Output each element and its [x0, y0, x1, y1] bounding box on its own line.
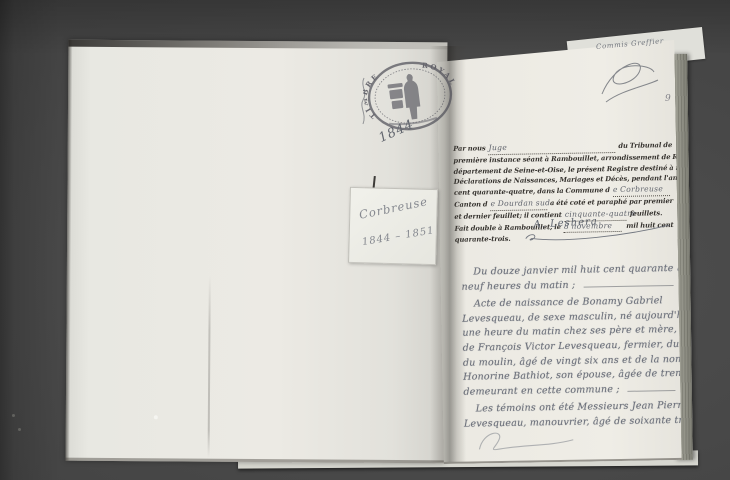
act-text: neuf heures du matin ; — [461, 278, 575, 295]
archival-label-slip: Corbreuse 1844 – 1851 — [348, 187, 438, 265]
printed-text: Canton d — [454, 199, 488, 210]
printed-text: a été coté et paraphé par premier — [550, 196, 673, 209]
judge-signature: A. Leshera — [519, 216, 679, 245]
printed-text: Par nous — [453, 143, 486, 154]
handwritten-fill: Juge — [489, 143, 508, 152]
printed-text: quarante-trois. — [455, 234, 511, 246]
slip-commune-text: Corbreuse — [358, 194, 429, 222]
manuscript-birth-act: Du douze janvier mil huit cent quarante … — [461, 262, 678, 432]
act-line: demeurant en cette commune ; — [463, 382, 677, 400]
act-text: demeurant en cette commune ; — [463, 383, 620, 400]
act-line: neuf heures du matin ; — [461, 277, 675, 295]
background-speck — [12, 414, 15, 417]
printed-text: du Tribunal de — [618, 140, 672, 152]
paper-speck — [154, 415, 158, 419]
fill-in-blank: Juge — [489, 141, 616, 155]
left-page-crease — [208, 276, 211, 458]
rule-line — [583, 285, 673, 288]
clerk-paraph-flourish — [592, 50, 670, 112]
background-speck — [18, 428, 21, 431]
slip-years-text: 1844 – 1851 — [361, 225, 435, 248]
register-scan-photo: Par nous Juge du Tribunal de première in… — [0, 0, 730, 480]
handwritten-fill: e Corbreuse — [613, 184, 663, 194]
left-page-left-edge — [66, 40, 73, 461]
page-edge-number: 9 — [665, 94, 671, 104]
rule-line — [628, 390, 676, 392]
signature-flourish — [519, 216, 679, 245]
faint-signature-mark — [469, 424, 590, 460]
left-page-dark-top-edge — [68, 40, 447, 50]
fill-in-blank: e Dourdan sud — [490, 198, 547, 211]
fill-in-blank: e Corbreuse — [613, 184, 670, 197]
gutter-ink-squiggle — [357, 76, 371, 126]
handwritten-fill: e Dourdan sud — [490, 198, 550, 208]
